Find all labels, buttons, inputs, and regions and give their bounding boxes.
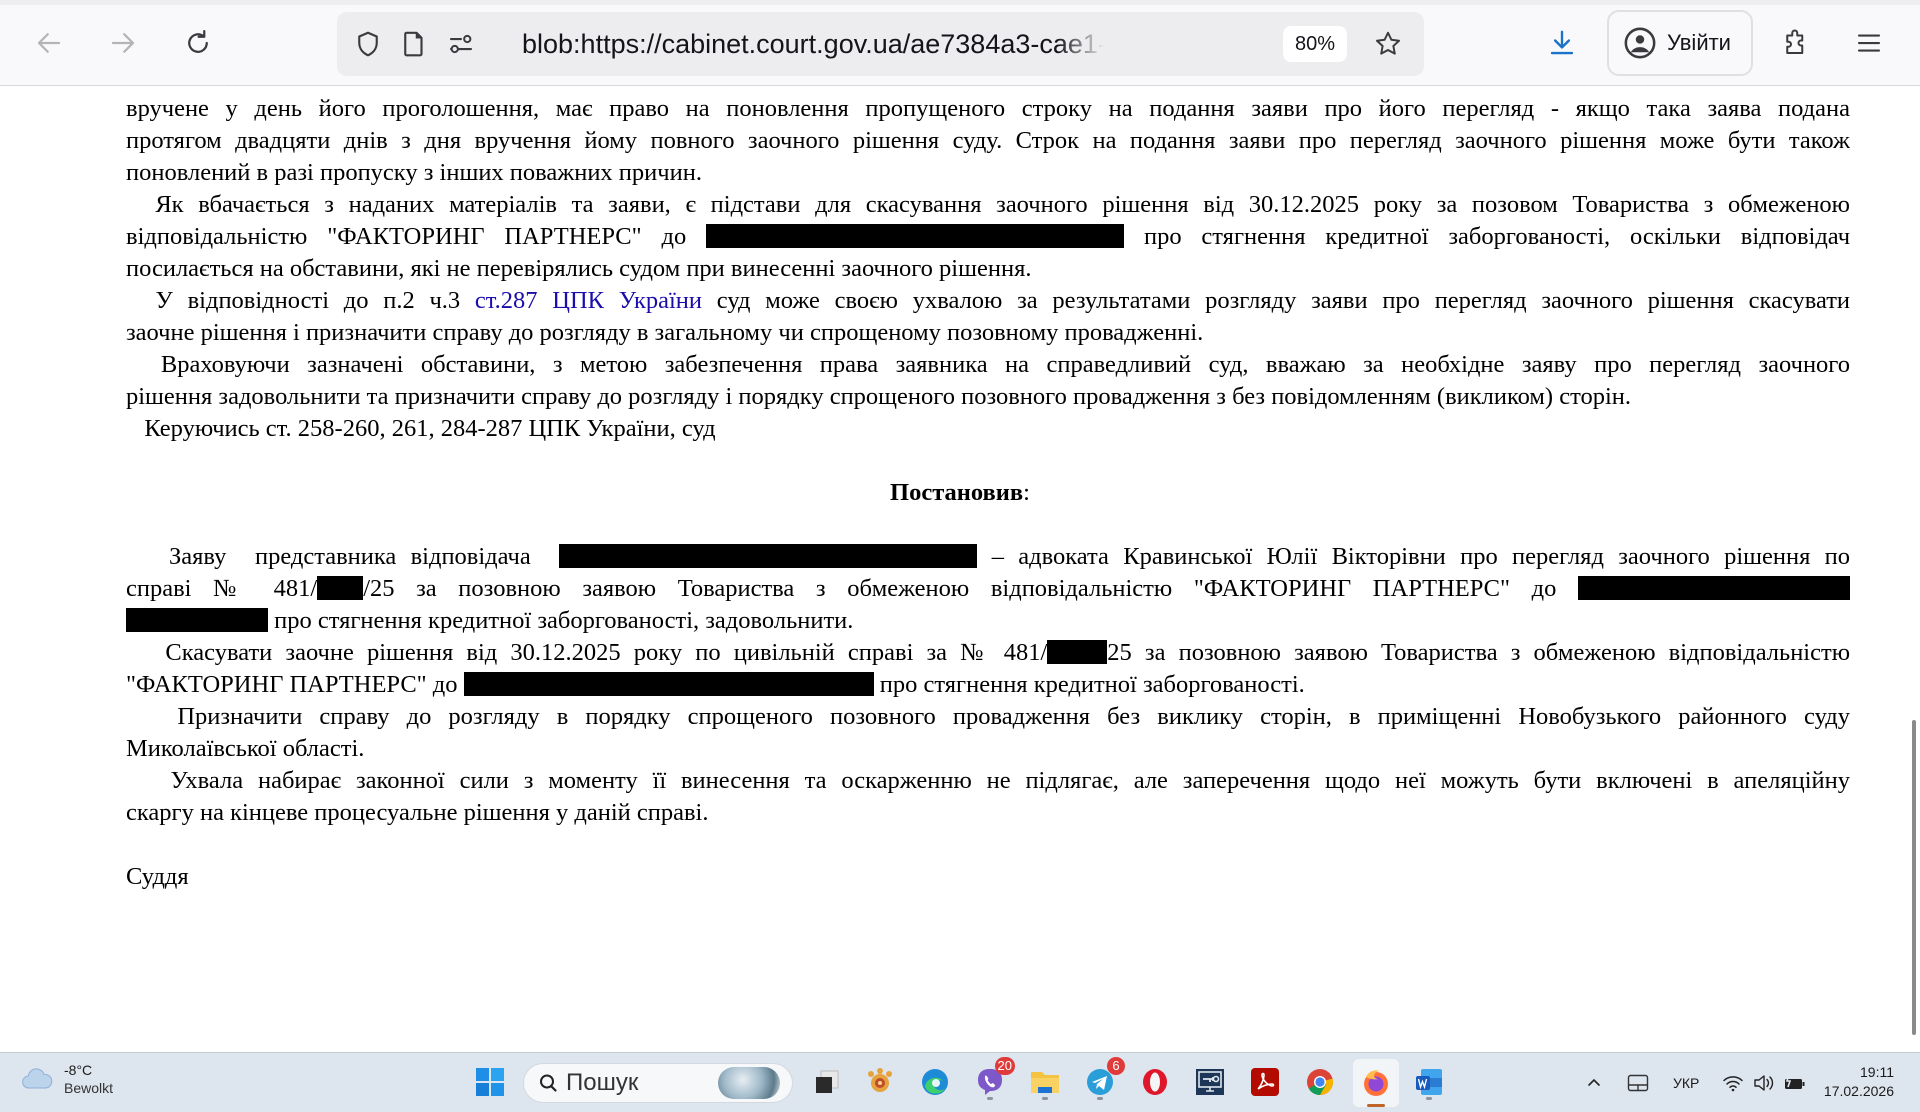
taskbar-app-viber[interactable]: 20 (971, 1063, 1009, 1101)
taskbar-app-word[interactable] (1410, 1063, 1448, 1101)
download-icon (1547, 28, 1577, 58)
task-view-icon (814, 1069, 840, 1095)
heading-text: Постановив (890, 479, 1023, 506)
text-segment: 25 за позовною заявою Товариства з обмеж… (1107, 639, 1850, 666)
remote-access-icon (1194, 1066, 1226, 1098)
taskbar-app-acrobat[interactable] (1246, 1063, 1284, 1101)
search-highlight-image (718, 1067, 780, 1099)
system-clock[interactable]: 19:11 17.02.2026 (1824, 1063, 1894, 1101)
browser-toolbar: blob:https://cabinet.court.gov.ua/ae7384… (0, 0, 1920, 86)
text-segment: про стягнення кредитної заборгованості. (880, 671, 1305, 698)
chrome-icon (1304, 1066, 1336, 1098)
cloud-icon (20, 1067, 54, 1091)
text-line: Керуючись ст. 258-260, 261, 284-287 ЦПК … (126, 413, 1850, 445)
sign-in-button[interactable]: Увійти (1607, 10, 1753, 76)
extensions-icon (1781, 28, 1811, 58)
edge-icon (919, 1066, 951, 1098)
bookmark-button[interactable] (1371, 27, 1405, 61)
text-segment: – адвоката Кравинської Юлії Вікторівни п… (992, 543, 1850, 570)
text-segment: про стягнення кредитної заборгованості, … (274, 607, 853, 634)
clock-time: 19:11 (1824, 1063, 1894, 1082)
resolution-item-2: Скасувати заочне рішення від 30.12.2025 … (126, 637, 1850, 701)
back-arrow-icon (34, 28, 64, 58)
text-segment: відповідальністю "ФАКТОРИНГ ПАРТНЕРС" до (126, 223, 686, 250)
word-icon (1413, 1066, 1445, 1098)
heading-colon: : (1023, 479, 1030, 506)
paragraph-guided-by: Керуючись ст. 258-260, 261, 284-287 ЦПК … (126, 413, 1850, 445)
account-icon (1623, 26, 1657, 60)
zoom-level-badge[interactable]: 80% (1283, 26, 1347, 62)
running-indicator (1097, 1097, 1103, 1100)
paragraph-intro: вручене у день його проголошення, має пр… (126, 86, 1850, 189)
touchpad-button[interactable] (1627, 1053, 1649, 1112)
redacted-case-number (1047, 640, 1107, 664)
viber-unread-badge: 20 (995, 1057, 1015, 1075)
paragraph-grounds: Як вбачається з наданих матеріалів та за… (126, 189, 1850, 285)
weather-temperature: -8°C (64, 1061, 113, 1079)
taskbar-app-file-explorer[interactable] (1026, 1063, 1064, 1101)
text-segment: /25 за позовною заявою Товариства з обме… (363, 575, 1556, 602)
opera-icon (1139, 1066, 1171, 1098)
signature-block: Суддя (126, 861, 1850, 893)
sign-in-label: Увійти (1667, 30, 1731, 56)
acrobat-reader-icon (1250, 1067, 1280, 1097)
weather-condition: Bewolkt (64, 1079, 113, 1097)
search-icon (538, 1073, 558, 1093)
volume-button[interactable] (1752, 1053, 1776, 1112)
show-hidden-icons-button[interactable] (1585, 1053, 1603, 1112)
page-info-button[interactable] (397, 27, 431, 61)
paragraph-legal-basis: У відповідності до п.2 ч.3 ст.287 ЦПК Ук… (126, 285, 1850, 349)
resolution-item-3: Призначити справу до розгляду в порядку … (126, 701, 1850, 765)
start-button[interactable] (471, 1063, 509, 1101)
search-placeholder: Пошук (566, 1069, 638, 1097)
redacted-case-number (317, 576, 363, 600)
taskbar-app-edge[interactable] (916, 1063, 954, 1101)
vertical-scrollbar-thumb[interactable] (1912, 720, 1916, 1035)
xnview-icon (865, 1067, 895, 1097)
text-line: Враховуючи зазначені обставини, з метою … (126, 349, 1850, 381)
judge-signature-label: Суддя (126, 861, 1850, 893)
page-icon (399, 29, 429, 59)
text-line: справі № 481//25 за позовною заявою Това… (126, 573, 1850, 605)
windows-logo-icon (475, 1067, 505, 1097)
text-line: поновлений в разі пропуску з інших поваж… (126, 157, 1850, 189)
text-line: Заяву представника відповідача – адвокат… (126, 541, 1850, 573)
chevron-up-icon (1585, 1074, 1603, 1092)
address-bar[interactable]: blob:https://cabinet.court.gov.ua/ae7384… (337, 12, 1424, 76)
back-button[interactable] (28, 22, 70, 64)
text-line: "ФАКТОРИНГ ПАРТНЕРС" до про стягнення кр… (126, 669, 1850, 701)
permissions-button[interactable] (444, 27, 478, 61)
resolution-heading: Постановив: (0, 477, 1920, 509)
redacted-name (1578, 576, 1850, 600)
running-indicator (1426, 1097, 1432, 1100)
text-line: Як вбачається з наданих матеріалів та за… (126, 189, 1850, 221)
tab-strip-edge (0, 0, 1920, 5)
taskbar-app-task-view[interactable] (808, 1063, 846, 1101)
running-indicator (1042, 1097, 1048, 1100)
touchpad-icon (1627, 1074, 1649, 1092)
taskbar-app-chrome[interactable] (1301, 1063, 1339, 1101)
network-button[interactable] (1722, 1053, 1744, 1112)
redacted-name (464, 672, 874, 696)
taskbar-app-telegram[interactable]: 6 (1081, 1063, 1119, 1101)
wifi-icon (1722, 1074, 1744, 1092)
permissions-icon (446, 29, 476, 59)
text-line: відповідальністю "ФАКТОРИНГ ПАРТНЕРС" до… (126, 221, 1850, 253)
shield-icon (353, 29, 383, 59)
reload-icon (183, 28, 213, 58)
text-segment: У відповідності до п.2 ч.3 (126, 287, 460, 314)
battery-charging-icon (1783, 1074, 1807, 1092)
battery-button[interactable] (1783, 1053, 1807, 1112)
text-line: посилається на обставини, які не перевір… (126, 253, 1850, 285)
text-segment: про стягнення кредитної заборгованості, … (1144, 223, 1850, 250)
language-indicator[interactable]: УКР (1673, 1053, 1699, 1112)
active-indicator (1367, 1104, 1385, 1107)
bookmark-star-icon (1373, 29, 1403, 59)
text-line: Призначити справу до розгляду в порядку … (126, 701, 1850, 733)
text-line: протягом двадцяти днів з дня вручення йо… (126, 125, 1850, 157)
app-menu-button[interactable] (1848, 22, 1890, 64)
forward-button[interactable] (102, 22, 144, 64)
volume-icon (1752, 1073, 1776, 1093)
url-text[interactable]: blob:https://cabinet.court.gov.ua/ae7384… (522, 26, 1104, 62)
taskbar-app-remote-access[interactable] (1191, 1063, 1229, 1101)
text-line: вручене у день його проголошення, має пр… (126, 93, 1850, 125)
taskbar-app-xnview[interactable] (861, 1063, 899, 1101)
menu-icon (1854, 28, 1884, 58)
text-segment: Заяву представника відповідача (126, 543, 531, 570)
text-segment: Скасувати заочне рішення від 30.12.2025 … (126, 639, 1047, 666)
forward-arrow-icon (108, 28, 138, 58)
taskbar-app-firefox[interactable] (1353, 1059, 1399, 1107)
text-line: Скасувати заочне рішення від 30.12.2025 … (126, 637, 1850, 669)
text-line: Миколаївської області. (126, 733, 1850, 765)
text-line: Ухвала набирає законної сили з моменту ї… (126, 765, 1850, 797)
text-line: рішення задовольнити та призначити справ… (126, 381, 1850, 413)
clock-date: 17.02.2026 (1824, 1082, 1894, 1101)
tracking-protection-button[interactable] (351, 27, 385, 61)
text-segment: суд може своєю ухвалою за результатами р… (717, 287, 1850, 314)
law-article-link[interactable]: ст.287 ЦПК України (475, 287, 702, 314)
document-viewport: вручене у день його проголошення, має пр… (0, 86, 1920, 1053)
downloads-button[interactable] (1541, 22, 1583, 64)
telegram-unread-badge: 6 (1107, 1057, 1125, 1075)
extensions-button[interactable] (1775, 22, 1817, 64)
running-indicator (987, 1097, 993, 1100)
taskbar-search[interactable]: Пошук (523, 1063, 793, 1103)
redacted-name (126, 608, 268, 632)
reload-button[interactable] (177, 22, 219, 64)
text-segment: "ФАКТОРИНГ ПАРТНЕРС" до (126, 671, 458, 698)
taskbar-app-opera[interactable] (1136, 1063, 1174, 1101)
windows-taskbar: -8°C Bewolkt Пошук 20 6 (0, 1052, 1920, 1112)
resolution-item-1: Заяву представника відповідача – адвокат… (126, 541, 1850, 637)
text-line: про стягнення кредитної заборгованості, … (126, 605, 1850, 637)
folder-icon (1029, 1067, 1061, 1097)
text-line: У відповідності до п.2 ч.3 ст.287 ЦПК Ук… (126, 285, 1850, 317)
redacted-name (559, 544, 977, 568)
paragraph-considering: Враховуючи зазначені обставини, з метою … (126, 349, 1850, 413)
weather-widget[interactable]: -8°C Bewolkt (20, 1061, 113, 1097)
text-segment: справі № 481/ (126, 575, 317, 602)
resolution-item-4: Ухвала набирає законної сили з моменту ї… (126, 765, 1850, 829)
text-line: заочне рішення і призначити справу до ро… (126, 317, 1850, 349)
redacted-name (706, 224, 1124, 248)
firefox-icon (1360, 1067, 1392, 1099)
text-line: скаргу на кінцеве процесуальне рішення у… (126, 797, 1850, 829)
